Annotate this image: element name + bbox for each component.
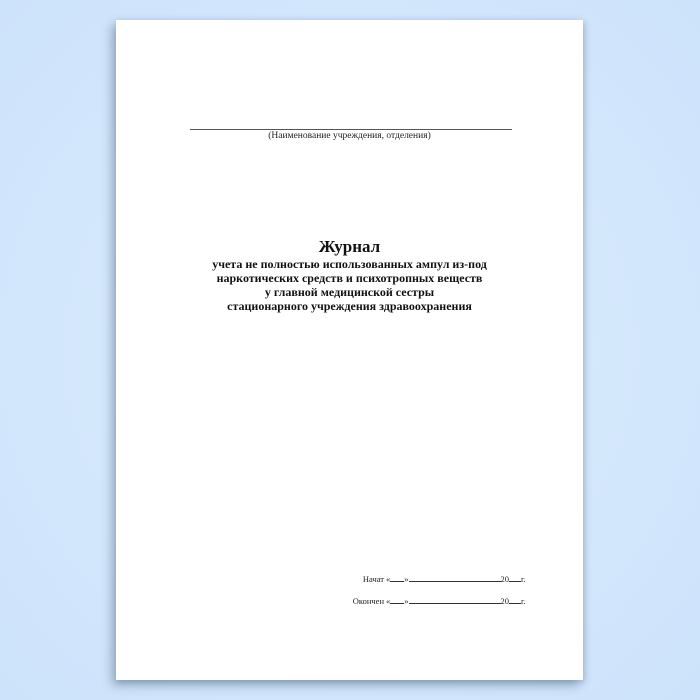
end-date-label: Окончен <box>346 596 384 606</box>
title-block: Журнал учета не полностью использованных… <box>116 237 583 313</box>
journal-cover-page: (Наименование учреждения, отделения) Жур… <box>116 20 583 680</box>
year-suffix: г. <box>521 574 526 584</box>
year-suffix: г. <box>521 596 526 606</box>
subtitle-line: стационарного учреждения здравоохранения <box>116 299 583 313</box>
date-fields: Начат « » 20 г. Окончен « » 20 г. <box>346 572 526 616</box>
start-date-label: Начат <box>346 574 384 584</box>
organization-name-line <box>190 129 512 130</box>
day-blank <box>390 572 404 582</box>
year-blank <box>509 572 521 582</box>
year-prefix: 20 <box>501 574 510 584</box>
start-date-row: Начат « » 20 г. <box>346 572 526 594</box>
month-blank <box>409 572 501 582</box>
subtitle-line: наркотических средств и психотропных вещ… <box>116 271 583 285</box>
document-title: Журнал <box>116 237 583 257</box>
end-date-row: Окончен « » 20 г. <box>346 594 526 616</box>
subtitle-line: у главной медицинской сестры <box>116 285 583 299</box>
year-blank <box>509 594 521 604</box>
organization-caption: (Наименование учреждения, отделения) <box>116 131 583 141</box>
year-prefix: 20 <box>501 596 510 606</box>
subtitle-line: учета не полностью использованных ампул … <box>116 257 583 271</box>
day-blank <box>390 594 404 604</box>
month-blank <box>409 594 501 604</box>
